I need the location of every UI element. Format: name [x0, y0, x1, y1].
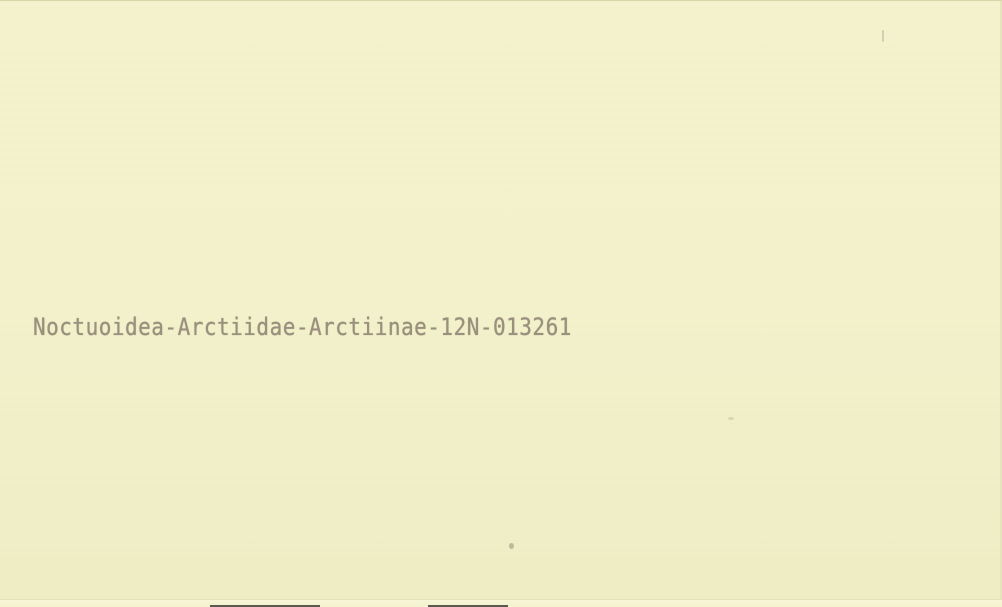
paper-speck	[728, 417, 734, 420]
card-bottom-edge	[0, 599, 1002, 607]
paper-speck	[882, 30, 884, 42]
paper-speck	[509, 543, 514, 549]
index-card: Noctuoidea-Arctiidae-Arctiinae-12N-01326…	[0, 0, 1002, 607]
taxonomy-label: Noctuoidea-Arctiidae-Arctiinae-12N-01326…	[33, 313, 572, 341]
